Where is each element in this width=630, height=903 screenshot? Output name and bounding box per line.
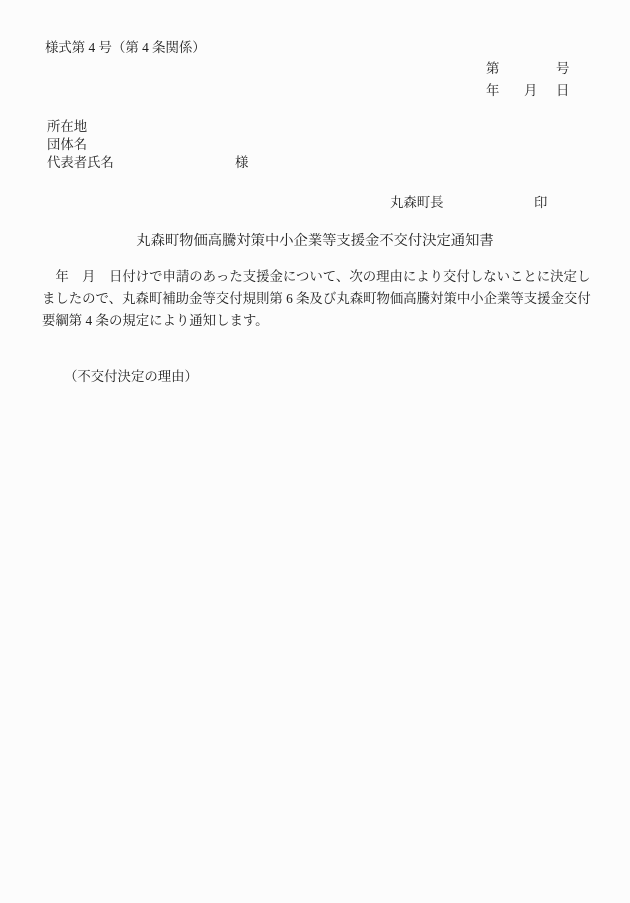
document-title: 丸森町物価高騰対策中小企業等支援金不交付決定通知書 xyxy=(0,230,630,250)
date-month-label: 月 xyxy=(524,83,537,100)
recipient-address-label: 所在地 xyxy=(47,119,87,136)
body-line: ましたので、丸森町補助金等交付規則第 6 条及び丸森町物価高騰対策中小企業等支援… xyxy=(42,288,591,310)
doc-number-suffix: 号 xyxy=(556,61,569,78)
sender-name: 丸森町長 xyxy=(390,195,444,212)
form-style-number: 様式第 4 号（第 4 条関係） xyxy=(45,40,206,57)
recipient-organization-label: 団体名 xyxy=(47,137,87,154)
body-line: 年 月 日付けで申請のあった支援金について、次の理由により交付しないことに決定し xyxy=(42,266,591,288)
body-line: 要綱第 4 条の規定により通知します。 xyxy=(42,310,591,332)
date-year-label: 年 xyxy=(486,83,499,100)
recipient-honorific: 様 xyxy=(235,155,248,172)
recipient-representative-label: 代表者氏名 xyxy=(47,155,114,172)
document-page: 様式第 4 号（第 4 条関係） 第 号 年 月 日 所在地 団体名 代表者氏名… xyxy=(0,0,630,903)
reason-heading: （不交付決定の理由） xyxy=(64,369,198,386)
body-paragraph: 年 月 日付けで申請のあった支援金について、次の理由により交付しないことに決定し… xyxy=(42,266,591,332)
doc-number-prefix: 第 xyxy=(486,61,499,78)
sender-seal-label: 印 xyxy=(534,195,547,212)
date-day-label: 日 xyxy=(556,83,569,100)
